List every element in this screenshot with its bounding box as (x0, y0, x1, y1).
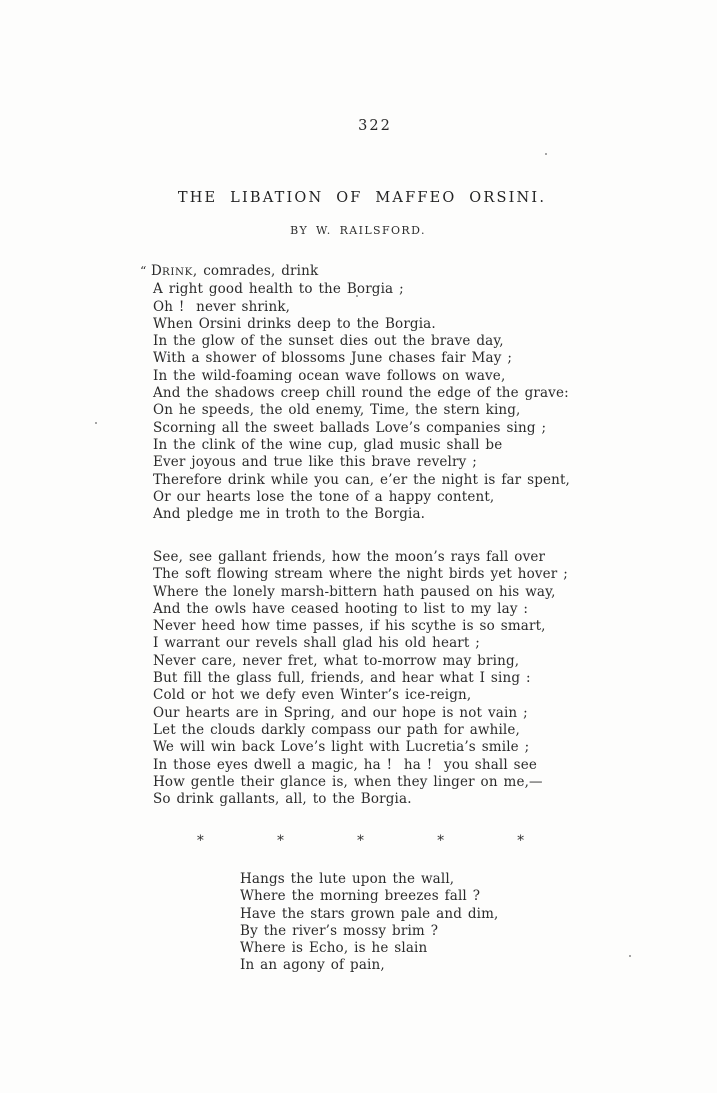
poem-line: Have the stars grown pale and dim, (240, 906, 498, 923)
stanza-1: “DRINK, comrades, drink A right good hea… (153, 262, 570, 523)
poem-line: How gentle their glance is, when they li… (153, 774, 568, 791)
poem-line: Cold or hot we defy even Winter’s ice-re… (153, 687, 568, 704)
poem-line: And the owls have ceased hooting to list… (153, 601, 568, 618)
asterisk: * (197, 833, 204, 850)
poem-line: In the clink of the wine cup, glad music… (153, 437, 570, 454)
poem-title: THE LIBATION OF MAFFEO ORSINI. (178, 190, 546, 206)
poem-line: Never heed how time passes, if his scyth… (153, 618, 568, 635)
stanza-3: Hangs the lute upon the wall,Where the m… (240, 871, 498, 975)
stanza-2: See, see gallant friends, how the moon’s… (153, 549, 568, 808)
poem-line: Never care, never fret, what to-morrow m… (153, 653, 568, 670)
poem-line: Ever joyous and true like this brave rev… (153, 454, 570, 471)
poem-line: Oh ! never shrink, (153, 299, 570, 316)
opening-quote: “ (140, 262, 151, 279)
poem-line: I warrant our revels shall glad his old … (153, 635, 568, 652)
poem-line: We will win back Love’s light with Lucre… (153, 739, 568, 756)
poem-line: In those eyes dwell a magic, ha ! ha ! y… (153, 757, 568, 774)
poem-line: Scorning all the sweet ballads Love’s co… (153, 420, 570, 437)
stanza-1-lines: A right good health to the Borgia ;Oh ! … (153, 281, 570, 523)
poem-line: By the river’s mossy brim ? (240, 923, 498, 940)
asterisk: * (277, 833, 284, 850)
poem-line: The soft flowing stream where the night … (153, 566, 568, 583)
lead-smallcaps: RINK (162, 266, 193, 278)
first-line-rest: , comrades, drink (193, 263, 318, 279)
poem-line: Where the morning breezes fall ? (240, 888, 498, 905)
asterisk: * (357, 833, 364, 850)
scan-speck (356, 295, 358, 297)
poem-line: And pledge me in troth to the Borgia. (153, 506, 570, 523)
asterisk: * (517, 833, 524, 850)
poem-line: In the wild-foaming ocean wave follows o… (153, 368, 570, 385)
poem-line: In the glow of the sunset dies out the b… (153, 333, 570, 350)
poem-line: With a shower of blossoms June chases fa… (153, 350, 570, 367)
poem-byline: BY W. RAILSFORD. (290, 224, 426, 237)
poem-line: A right good health to the Borgia ; (153, 281, 570, 298)
poem-line-first: “DRINK, comrades, drink (153, 262, 570, 281)
scan-speck (95, 422, 97, 424)
poem-line: Therefore drink while you can, e’er the … (153, 472, 570, 489)
poem-line: In an agony of pain, (240, 957, 498, 974)
poem-line: Our hearts are in Spring, and our hope i… (153, 705, 568, 722)
book-page: 322 THE LIBATION OF MAFFEO ORSINI. BY W.… (0, 0, 717, 1093)
poem-line: Where is Echo, is he slain (240, 940, 498, 957)
asterisk: * (437, 833, 444, 850)
scan-speck (545, 153, 547, 155)
page-number: 322 (358, 118, 392, 134)
scan-speck (629, 955, 631, 957)
poem-line: See, see gallant friends, how the moon’s… (153, 549, 568, 566)
lead-initial: D (151, 263, 162, 279)
poem-line: So drink gallants, all, to the Borgia. (153, 791, 568, 808)
poem-line: Or our hearts lose the tone of a happy c… (153, 489, 570, 506)
poem-line: And the shadows creep chill round the ed… (153, 385, 570, 402)
poem-line: But fill the glass full, friends, and he… (153, 670, 568, 687)
poem-line: Where the lonely marsh-bittern hath paus… (153, 584, 568, 601)
poem-line: On he speeds, the old enemy, Time, the s… (153, 402, 570, 419)
poem-line: Let the clouds darkly compass our path f… (153, 722, 568, 739)
poem-line: When Orsini drinks deep to the Borgia. (153, 316, 570, 333)
poem-line: Hangs the lute upon the wall, (240, 871, 498, 888)
asterisk-separator: ***** (197, 833, 524, 850)
